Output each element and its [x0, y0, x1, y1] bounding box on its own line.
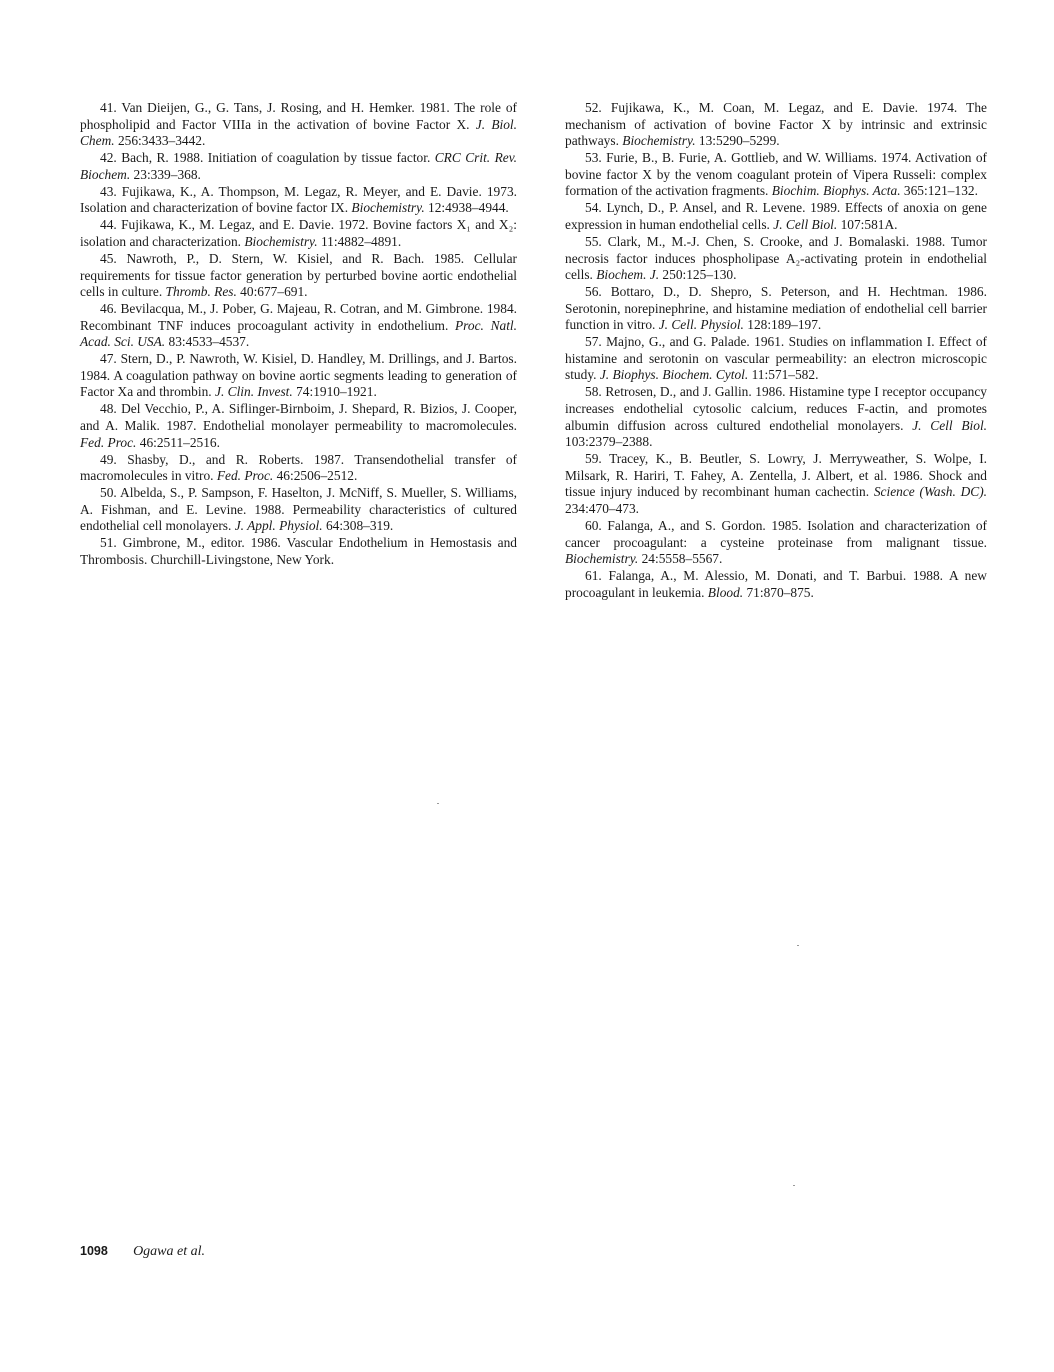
ref-journal: Science (Wash. DC).: [874, 484, 987, 499]
reference-52: 52. Fujikawa, K., M. Coan, M. Legaz, and…: [565, 100, 987, 150]
ref-text: Falanga, A., and S. Gordon. 1985. Isolat…: [565, 518, 987, 550]
reference-56: 56. Bottaro, D., D. Shepro, S. Peterson,…: [565, 284, 987, 334]
ref-journal: Fed. Proc.: [80, 435, 136, 450]
ref-num: 56.: [585, 284, 602, 299]
ref-citation: 107:581A.: [837, 217, 897, 232]
ref-citation: 83:4533–4537.: [165, 334, 249, 349]
ref-num: 58.: [585, 384, 602, 399]
reference-58: 58. Retrosen, D., and J. Gallin. 1986. H…: [565, 384, 987, 450]
ref-journal: Blood.: [708, 585, 743, 600]
ref-citation: 46:2506–2512.: [273, 468, 357, 483]
ref-journal: J. Cell. Physiol.: [659, 317, 744, 332]
ref-num: 61.: [585, 568, 602, 583]
ref-journal: Biochemistry.: [244, 234, 317, 249]
reference-43: 43. Fujikawa, K., A. Thompson, M. Legaz,…: [80, 184, 517, 217]
reference-53: 53. Furie, B., B. Furie, A. Gottlieb, an…: [565, 150, 987, 200]
scan-speck: [797, 945, 799, 946]
ref-journal: Biochemistry.: [565, 551, 638, 566]
reference-41: 41. Van Dieijen, G., G. Tans, J. Rosing,…: [80, 100, 517, 150]
scan-speck: [793, 1185, 795, 1186]
ref-journal: Thromb. Res.: [166, 284, 237, 299]
ref-text: Gimbrone, M., editor. 1986. Vascular End…: [80, 535, 517, 567]
page-footer: 1098 Ogawa et al.: [80, 1243, 205, 1260]
ref-citation: 103:2379–2388.: [565, 434, 652, 449]
ref-citation: 64:308–319.: [323, 518, 394, 533]
ref-num: 44.: [100, 217, 117, 232]
reference-47: 47. Stern, D., P. Nawroth, W. Kisiel, D.…: [80, 351, 517, 401]
ref-journal: J. Cell Biol.: [912, 418, 987, 433]
ref-num: 52.: [585, 100, 602, 115]
ref-citation: 11:4882–4891.: [318, 234, 402, 249]
ref-citation: 12:4938–4944.: [425, 200, 509, 215]
ref-citation: 46:2511–2516.: [136, 435, 220, 450]
ref-citation: 11:571–582.: [748, 367, 818, 382]
reference-55: 55. Clark, M., M.-J. Chen, S. Crooke, an…: [565, 234, 987, 284]
page-number: 1098: [80, 1244, 108, 1258]
ref-text: Van Dieijen, G., G. Tans, J. Rosing, and…: [80, 100, 517, 132]
scan-speck: [437, 803, 439, 804]
reference-49: 49. Shasby, D., and R. Roberts. 1987. Tr…: [80, 452, 517, 485]
ref-journal: Biochim. Biophys. Acta.: [772, 183, 901, 198]
ref-num: 50.: [100, 485, 117, 500]
ref-citation: 128:189–197.: [744, 317, 821, 332]
ref-journal: Biochem. J.: [596, 267, 659, 282]
ref-citation: 256:3433–3442.: [115, 133, 206, 148]
ref-journal: J. Cell Biol.: [773, 217, 837, 232]
ref-text: Bach, R. 1988. Initiation of coagulation…: [121, 150, 435, 165]
ref-citation: 74:1910–1921.: [293, 384, 377, 399]
reference-44: 44. Fujikawa, K., M. Legaz, and E. Davie…: [80, 217, 517, 250]
ref-citation: 250:125–130.: [659, 267, 736, 282]
ref-citation: 365:121–132.: [901, 183, 978, 198]
reference-51: 51. Gimbrone, M., editor. 1986. Vascular…: [80, 535, 517, 568]
ref-journal: J. Biophys. Biochem. Cytol.: [600, 367, 748, 382]
ref-num: 57.: [585, 334, 602, 349]
reference-42: 42. Bach, R. 1988. Initiation of coagula…: [80, 150, 517, 183]
running-head: Ogawa et al.: [133, 1244, 205, 1259]
ref-citation: 13:5290–5299.: [696, 133, 780, 148]
ref-num: 51.: [100, 535, 117, 550]
ref-citation: 234:470–473.: [565, 501, 639, 516]
ref-citation: 40:677–691.: [237, 284, 308, 299]
ref-num: 43.: [100, 184, 117, 199]
ref-num: 45.: [100, 251, 117, 266]
ref-journal: Fed. Proc.: [217, 468, 273, 483]
ref-num: 54.: [585, 200, 602, 215]
ref-num: 49.: [100, 452, 117, 467]
ref-journal: J. Appl. Physiol.: [235, 518, 323, 533]
ref-journal: J. Clin. Invest.: [215, 384, 293, 399]
ref-citation: 23:339–368.: [130, 167, 201, 182]
ref-num: 55.: [585, 234, 602, 249]
ref-citation: 24:5558–5567.: [638, 551, 722, 566]
ref-num: 48.: [100, 401, 117, 416]
ref-num: 60.: [585, 518, 602, 533]
reference-54: 54. Lynch, D., P. Ansel, and R. Levene. …: [565, 200, 987, 233]
ref-num: 41.: [100, 100, 117, 115]
reference-59: 59. Tracey, K., B. Beutler, S. Lowry, J.…: [565, 451, 987, 517]
ref-num: 59.: [585, 451, 602, 466]
references-column-left: 41. Van Dieijen, G., G. Tans, J. Rosing,…: [80, 100, 517, 569]
reference-60: 60. Falanga, A., and S. Gordon. 1985. Is…: [565, 518, 987, 568]
ref-text: Del Vecchio, P., A. Siflinger-Birnboim, …: [80, 401, 517, 433]
ref-num: 42.: [100, 150, 117, 165]
ref-text: Bevilacqua, M., J. Pober, G. Majeau, R. …: [80, 301, 517, 333]
reference-61: 61. Falanga, A., M. Alessio, M. Donati, …: [565, 568, 987, 601]
reference-45: 45. Nawroth, P., D. Stern, W. Kisiel, an…: [80, 251, 517, 301]
references-column-right: 52. Fujikawa, K., M. Coan, M. Legaz, and…: [565, 100, 987, 602]
ref-citation: 71:870–875.: [743, 585, 814, 600]
ref-num: 47.: [100, 351, 117, 366]
reference-57: 57. Majno, G., and G. Palade. 1961. Stud…: [565, 334, 987, 384]
reference-48: 48. Del Vecchio, P., A. Siflinger-Birnbo…: [80, 401, 517, 451]
ref-journal: Biochemistry.: [351, 200, 424, 215]
reference-50: 50. Albelda, S., P. Sampson, F. Haselton…: [80, 485, 517, 535]
ref-num: 53.: [585, 150, 602, 165]
ref-journal: Biochemistry.: [622, 133, 695, 148]
ref-num: 46.: [100, 301, 117, 316]
reference-46: 46. Bevilacqua, M., J. Pober, G. Majeau,…: [80, 301, 517, 351]
